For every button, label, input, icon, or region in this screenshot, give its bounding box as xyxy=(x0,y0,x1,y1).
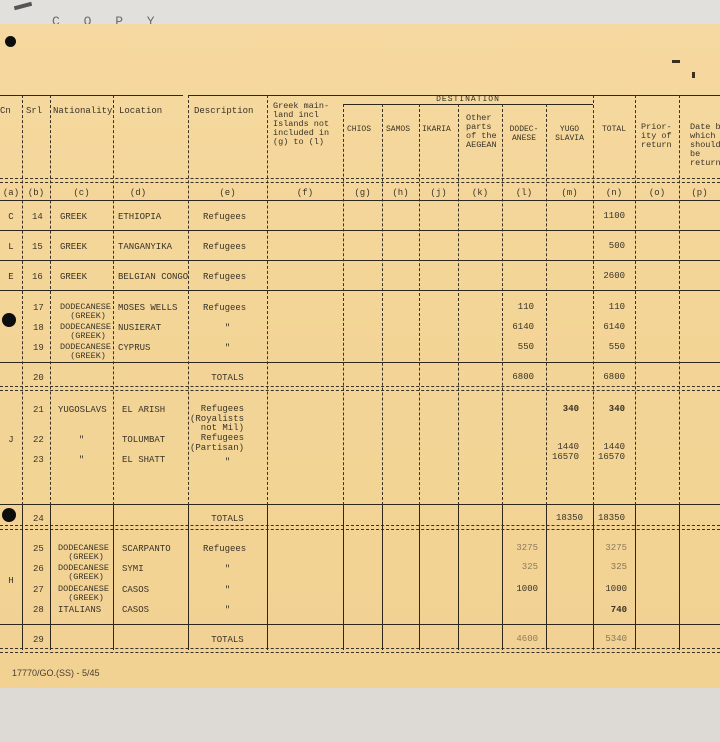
column-divider xyxy=(113,505,114,650)
column-divider xyxy=(188,95,189,505)
totals-dodecanese: 6800 xyxy=(502,372,534,382)
row-total: 500 xyxy=(593,241,625,251)
column-header-e: Description xyxy=(194,106,253,116)
row-location: NUSIERAT xyxy=(118,323,161,333)
column-divider xyxy=(419,104,420,505)
row-nationality: " xyxy=(50,455,113,465)
column-divider xyxy=(267,505,268,650)
row-description: Refugees xyxy=(203,544,246,554)
column-code: (l) xyxy=(502,188,546,198)
row-description: " xyxy=(188,585,267,595)
row-location: CASOS xyxy=(122,585,149,595)
row-nationality: YUGOSLAVS xyxy=(58,405,107,415)
column-header-j: IKARIA xyxy=(422,125,451,135)
row-location: TANGANYIKA xyxy=(118,242,172,252)
row-dodecanese: 1000 xyxy=(502,584,538,594)
column-divider xyxy=(635,505,636,650)
row-location: EL SHATT xyxy=(122,455,165,465)
row-description: " xyxy=(188,457,267,467)
row-total: 1100 xyxy=(593,211,625,221)
column-divider xyxy=(343,505,344,650)
totals-yugoslavia: 18350 xyxy=(546,513,583,523)
column-divider xyxy=(113,95,114,505)
column-code: (k) xyxy=(458,188,502,198)
row-total: 1000 xyxy=(593,584,627,594)
row-yugoslavia: 1440 xyxy=(546,442,579,452)
totals-srl: 20 xyxy=(33,373,44,383)
rule xyxy=(0,200,720,201)
row-nationality: " xyxy=(50,435,113,445)
column-divider xyxy=(343,104,344,505)
column-divider xyxy=(593,505,594,650)
row-srl: 27 xyxy=(33,585,44,595)
row-srl: 25 xyxy=(33,544,44,554)
column-header-k: Other parts of the AEGEAN xyxy=(466,114,497,150)
row-srl: 15 xyxy=(32,242,43,252)
column-divider xyxy=(679,505,680,650)
section-marker: C xyxy=(0,212,22,222)
row-srl: 26 xyxy=(33,564,44,574)
row-description: " xyxy=(188,323,267,333)
rule xyxy=(0,362,720,363)
column-divider xyxy=(188,505,189,650)
row-location: TOLUMBAT xyxy=(122,435,165,445)
row-dodecanese: 550 xyxy=(502,342,534,352)
row-location: SCARPANTO xyxy=(122,544,171,554)
row-total: 16570 xyxy=(593,452,625,462)
row-total: 325 xyxy=(593,562,627,572)
row-location: SYMI xyxy=(122,564,144,574)
column-code: (d) xyxy=(113,188,163,198)
row-srl: 18 xyxy=(33,323,44,333)
column-code: (o) xyxy=(635,188,679,198)
section-marker: L xyxy=(0,242,22,252)
rule xyxy=(0,504,720,505)
column-code: (p) xyxy=(679,188,720,198)
row-description: Refugees xyxy=(203,242,246,252)
column-header-l: DODEC- ANESE xyxy=(502,125,546,143)
row-srl: 17 xyxy=(33,303,44,313)
row-total: 340 xyxy=(593,404,625,414)
column-divider xyxy=(382,104,383,505)
row-srl: 22 xyxy=(33,435,44,445)
column-code: (e) xyxy=(188,188,267,198)
double-rule xyxy=(0,525,720,530)
row-nationality: GREEK xyxy=(60,242,87,252)
punch-hole xyxy=(2,508,16,522)
row-description: Refugees (Royalists not Mil) xyxy=(190,405,244,434)
row-nationality: DODECANESE (GREEK) xyxy=(58,544,109,562)
row-location: BELGIAN CONGO xyxy=(118,272,188,282)
row-location: CYPRUS xyxy=(118,343,150,353)
rule xyxy=(0,260,720,261)
row-dodecanese: 6140 xyxy=(502,322,534,332)
double-rule xyxy=(0,386,720,391)
column-code: (h) xyxy=(382,188,419,198)
row-srl: 16 xyxy=(32,272,43,282)
scan-backing-bottom xyxy=(0,688,720,742)
row-srl: 14 xyxy=(32,212,43,222)
destination-group-label: DESTINATION xyxy=(343,95,593,105)
row-dodecanese: 325 xyxy=(502,562,538,572)
column-code: (n) xyxy=(593,188,635,198)
totals-srl: 24 xyxy=(33,514,44,524)
row-description: " xyxy=(188,343,267,353)
rule xyxy=(0,230,720,231)
row-nationality: DODECANESE (GREEK) xyxy=(60,343,111,361)
row-nationality: DODECANESE (GREEK) xyxy=(60,323,111,341)
row-nationality: DODECANESE (GREEK) xyxy=(58,564,109,582)
row-dodecanese: 3275 xyxy=(502,543,538,553)
row-nationality: GREEK xyxy=(60,272,87,282)
column-header-a: Cn xyxy=(0,106,11,116)
row-description: Refugees xyxy=(203,303,246,313)
column-code: (g) xyxy=(343,188,382,198)
column-divider xyxy=(419,505,420,650)
column-header-b: Srl xyxy=(26,106,42,116)
row-location: MOSES WELLS xyxy=(118,303,177,313)
column-code: (m) xyxy=(546,188,593,198)
rule xyxy=(0,290,720,291)
totals-label: TOTALS xyxy=(188,635,267,645)
row-total: 740 xyxy=(593,605,627,615)
column-header-f: Greek main- land incl Islands not includ… xyxy=(273,102,329,147)
row-total: 2600 xyxy=(593,271,625,281)
double-rule xyxy=(0,178,720,183)
row-total: 110 xyxy=(593,302,625,312)
punch-hole xyxy=(5,36,16,47)
totals-srl: 29 xyxy=(33,635,44,645)
column-header-d: Location xyxy=(119,106,162,116)
row-description: " xyxy=(188,564,267,574)
row-total: 6140 xyxy=(593,322,625,332)
column-header-c: Nationality xyxy=(53,106,112,116)
totals-total: 5340 xyxy=(593,634,627,644)
column-code: (j) xyxy=(419,188,458,198)
punch-hole xyxy=(2,313,16,327)
row-nationality: GREEK xyxy=(60,212,87,222)
column-divider xyxy=(502,505,503,650)
column-divider xyxy=(22,505,23,650)
row-description: Refugees xyxy=(203,272,246,282)
totals-total: 6800 xyxy=(593,372,625,382)
column-code: (a) xyxy=(0,188,22,198)
row-srl: 19 xyxy=(33,343,44,353)
row-description: Refugees xyxy=(203,212,246,222)
totals-label: TOTALS xyxy=(188,514,267,524)
row-nationality: DODECANESE (GREEK) xyxy=(60,303,111,321)
column-header-o: Prior- ity of return xyxy=(641,123,672,150)
row-description: Refugees (Partisan) xyxy=(190,434,244,453)
column-divider xyxy=(22,95,23,505)
row-yugoslavia: 16570 xyxy=(546,452,579,462)
column-divider xyxy=(458,505,459,650)
row-location: ETHIOPIA xyxy=(118,212,161,222)
column-code: (c) xyxy=(50,188,113,198)
row-nationality: ITALIANS xyxy=(58,605,101,615)
column-divider xyxy=(382,505,383,650)
row-srl: 28 xyxy=(33,605,44,615)
double-rule xyxy=(0,648,720,653)
row-yugoslavia: 340 xyxy=(546,404,579,414)
row-total: 1440 xyxy=(593,442,625,452)
rule xyxy=(0,624,720,625)
column-divider xyxy=(50,505,51,650)
ink-speck xyxy=(672,60,680,63)
column-header-g: CHIOS xyxy=(347,125,371,135)
column-divider xyxy=(267,95,268,505)
row-srl: 23 xyxy=(33,455,44,465)
section-marker: J xyxy=(0,435,22,445)
row-location: CASOS xyxy=(122,605,149,615)
row-description: " xyxy=(188,605,267,615)
ink-speck xyxy=(692,72,695,78)
document-reference: 17770/GO.(SS) - 5/45 xyxy=(12,668,100,678)
column-header-n: TOTAL xyxy=(593,125,635,135)
row-total: 550 xyxy=(593,342,625,352)
rule xyxy=(0,95,183,96)
row-total: 3275 xyxy=(593,543,627,553)
section-marker: E xyxy=(0,272,22,282)
column-divider xyxy=(458,104,459,505)
column-header-m: YUGO SLAVIA xyxy=(546,125,593,143)
column-header-h: SAMOS xyxy=(386,125,410,135)
column-code: (b) xyxy=(22,188,50,198)
column-divider xyxy=(635,95,636,505)
totals-total: 18350 xyxy=(593,513,625,523)
column-header-p: Date by which should be returned xyxy=(690,123,720,168)
column-divider xyxy=(679,95,680,505)
column-divider xyxy=(546,505,547,650)
column-code: (f) xyxy=(267,188,343,198)
row-srl: 21 xyxy=(33,405,44,415)
row-location: EL ARISH xyxy=(122,405,165,415)
totals-label: TOTALS xyxy=(188,373,267,383)
totals-dodecanese: 4600 xyxy=(502,634,538,644)
row-dodecanese: 110 xyxy=(502,302,534,312)
section-marker: H xyxy=(0,576,22,586)
row-nationality: DODECANESE (GREEK) xyxy=(58,585,109,603)
